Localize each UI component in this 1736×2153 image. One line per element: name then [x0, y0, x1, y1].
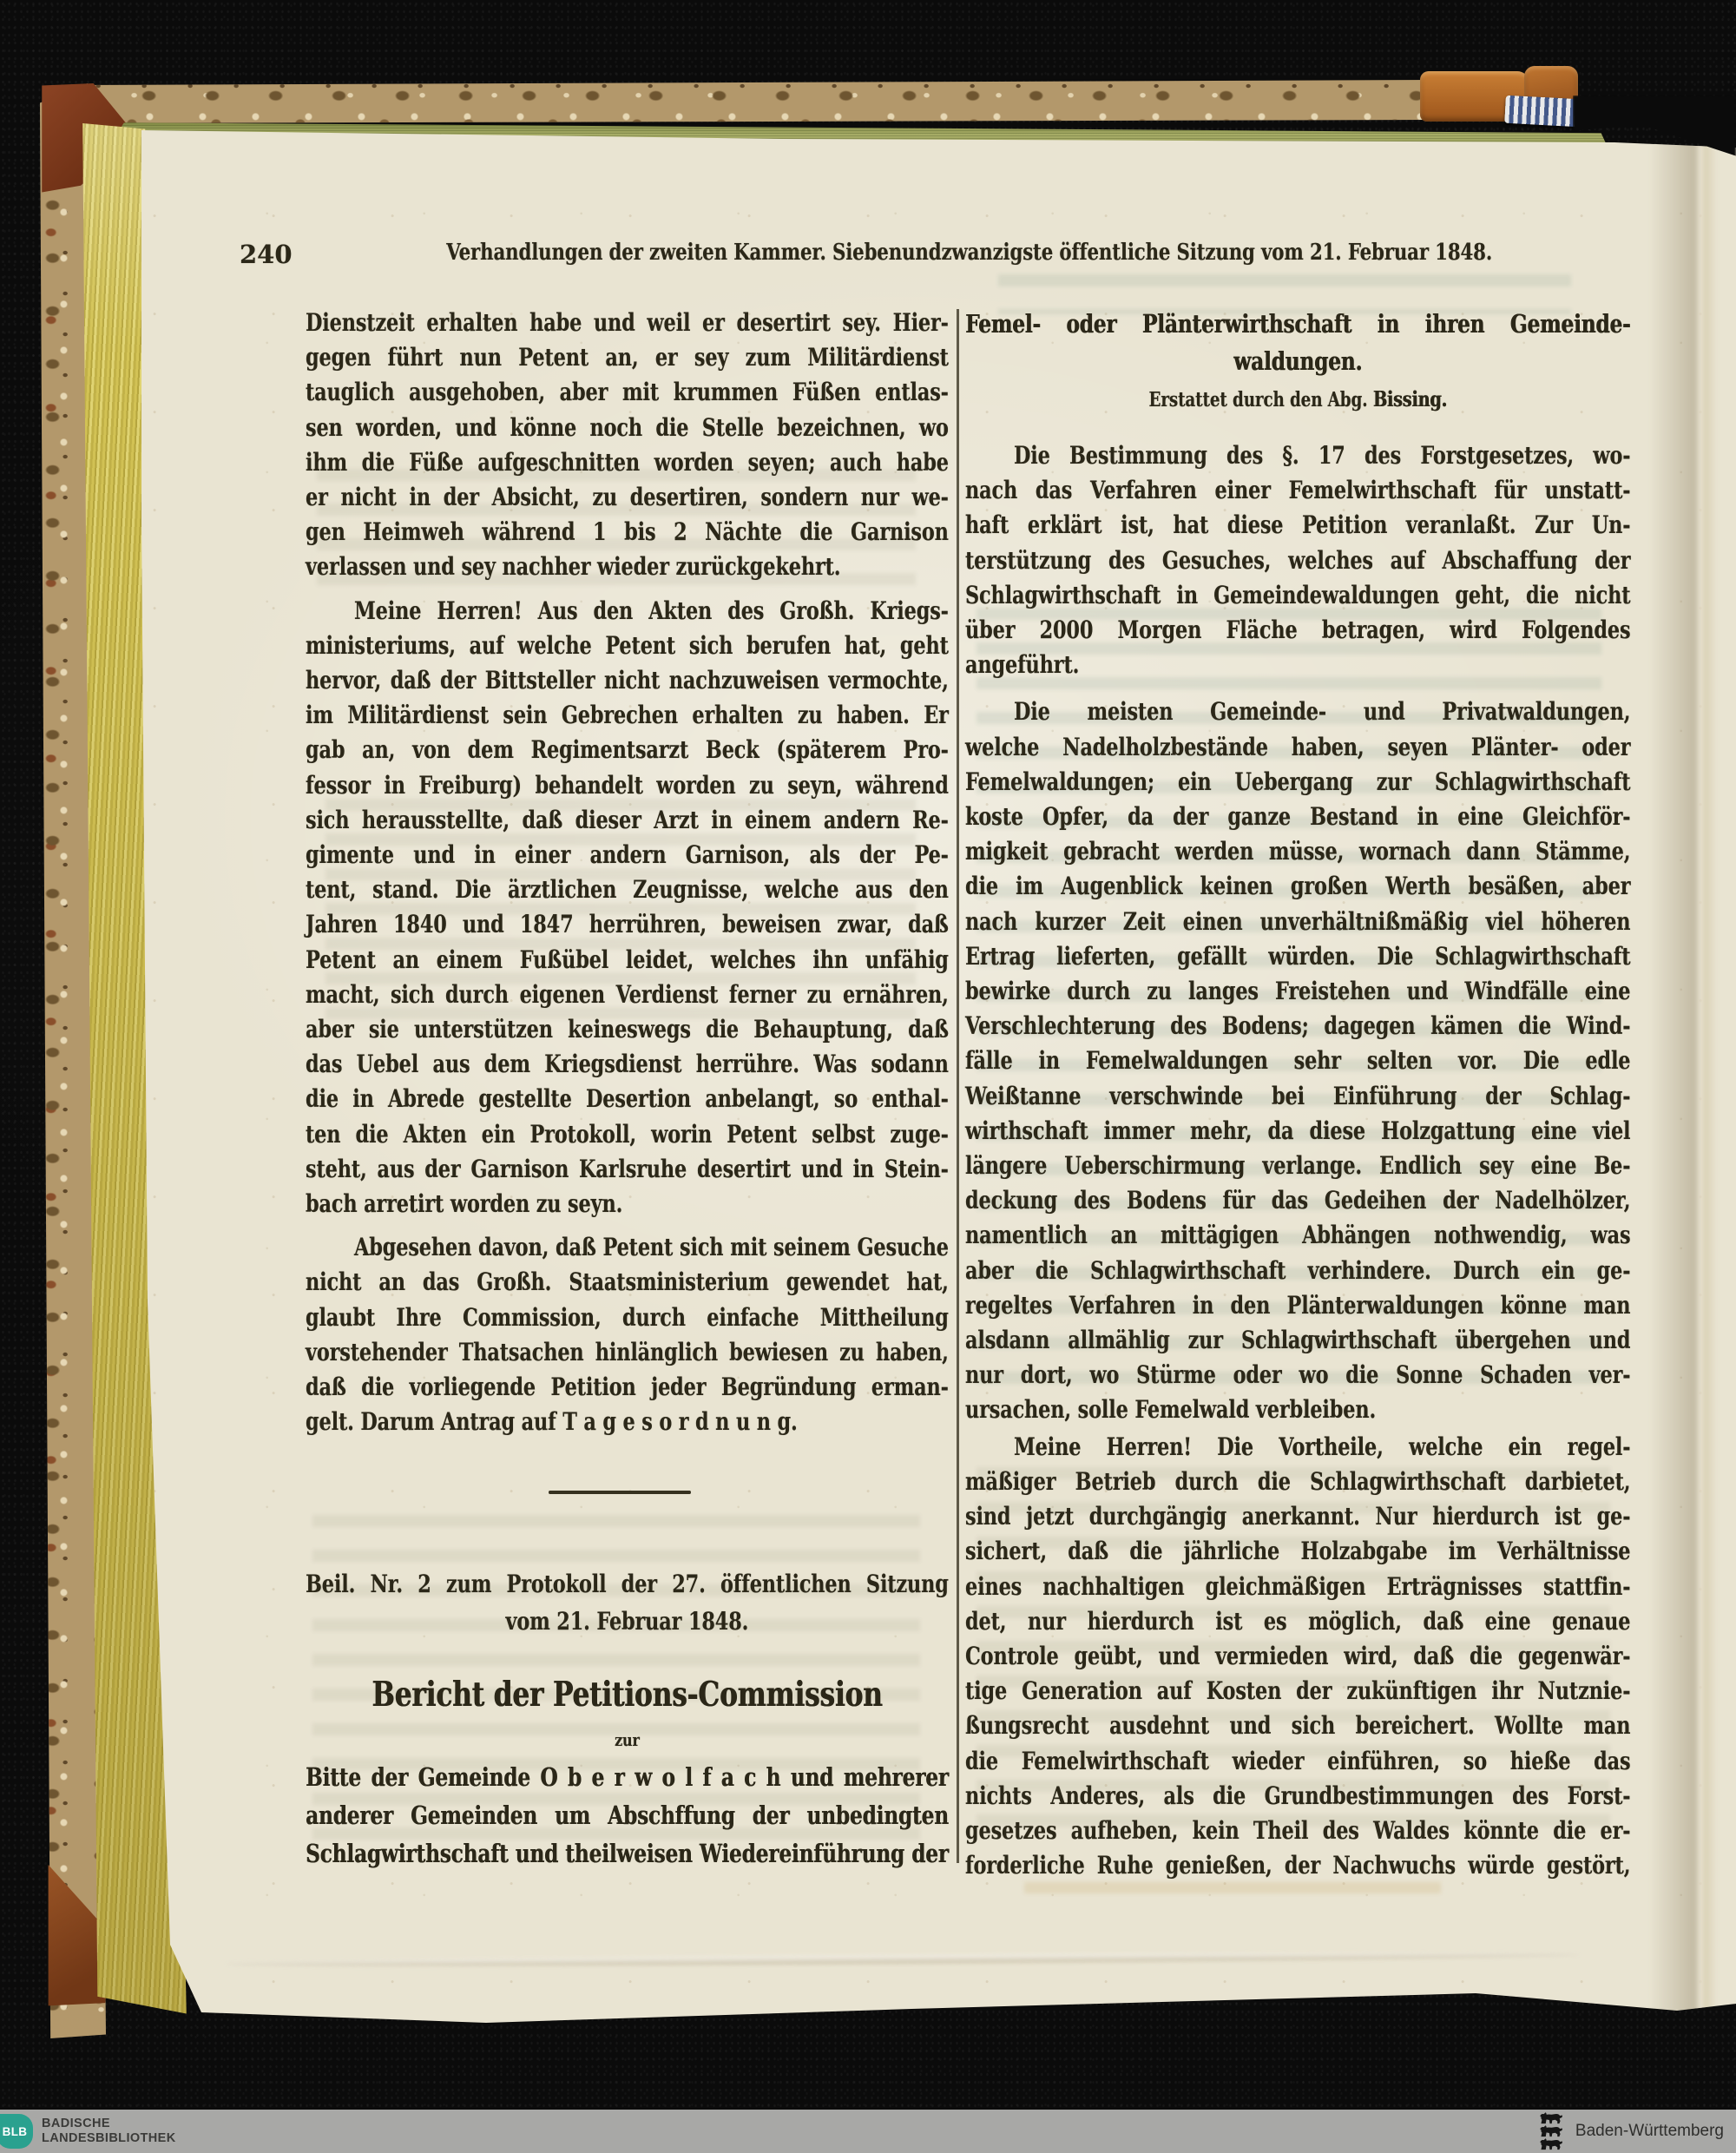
text-line: ursachen, solle Femelwald verbleiben. [965, 1393, 1630, 1427]
text-line: Abgesehen davon, daß Petent sich mit sei… [306, 1230, 949, 1265]
text-line: Schlagwirthschaft in Gemeindewaldungen g… [965, 578, 1630, 613]
text-line: gimente und in einer andern Garnison, al… [306, 838, 949, 872]
book-cover-marbled-top [73, 80, 1432, 123]
text-line: wirthschaft immer mehr, da diese Holzgat… [965, 1114, 1630, 1149]
text-line: über 2000 Morgen Fläche betragen, wird F… [965, 613, 1630, 648]
text-line: er nicht in der Absicht, zu desertiren, … [306, 480, 949, 515]
text-line: Verschlechterung des Bodens; dagegen käm… [965, 1009, 1630, 1044]
text-line: mäßiger Betrieb durch die Schlagwirthsch… [965, 1465, 1630, 1499]
text-line: Femel- oder Plänterwirthschaft in ihren … [965, 306, 1630, 343]
text-line: Jahren 1840 und 1847 herrühren, beweisen… [306, 907, 949, 942]
text-line: haft erklärt ist, hat diese Petition ver… [965, 508, 1630, 543]
text-block: Meine Herren! Die Vortheile, welche ein … [965, 1430, 1630, 1884]
page-number: 240 [240, 240, 293, 269]
library-name: BADISCHE LANDESBIBLIOTHEK [42, 2117, 176, 2146]
lion-passant-icon [1537, 2138, 1565, 2150]
text-line: steht, aus der Garnison Karlsruhe desert… [306, 1152, 949, 1187]
lion-passant-icon [1537, 2112, 1565, 2124]
text-line: Schlagwirthschaft und theilweisen Wieder… [306, 1834, 949, 1873]
text-line: Femelwaldungen; ein Uebergang zur Schlag… [965, 765, 1630, 800]
right-column: Femel- oder Plänterwirthschaft in ihren … [965, 306, 1630, 1883]
text-line: vom 21. Februar 1848. [306, 1602, 949, 1642]
text-block: Bitte der Gemeinde O b e r w o l f a c h… [306, 1758, 949, 1873]
text-block: Dienstzeit erhalten habe und weil er des… [306, 306, 949, 585]
text-line: vorstehender Thatsachen hinlänglich bewi… [306, 1335, 949, 1370]
text-line: die Femelwirthschaft wieder einführen, s… [965, 1744, 1630, 1779]
text-block: zur [306, 1727, 949, 1753]
text-block: Bericht der Petitions-Commission [306, 1673, 949, 1716]
text-line: macht, sich durch eigenen Verdienst fern… [306, 978, 949, 1012]
text-line: namentlich an mittägigen Abhängen nothwe… [965, 1218, 1630, 1253]
text-line: eines nachhaltigen gleichmäßigen Erträgn… [965, 1570, 1630, 1604]
left-column: Dienstzeit erhalten habe und weil er des… [306, 306, 949, 1873]
text-line: gesetzes aufheben, kein Theil des Waldes… [965, 1814, 1630, 1848]
text-line: forderliche Ruhe genießen, der Nachwuchs… [965, 1848, 1630, 1883]
text-line: Die Bestimmung des §. 17 des Forstgesetz… [965, 438, 1630, 473]
text-line: nichts Anderes, als die Grundbestimmunge… [965, 1779, 1630, 1814]
text-line: nach das Verfahren einer Femelwirthschaf… [965, 473, 1630, 508]
state-logo: Baden-Württemberg [1537, 2112, 1724, 2150]
text-line: anderer Gemeinden um Abschffung der unbe… [306, 1796, 949, 1834]
blb-logo-icon: BLB [0, 2114, 33, 2149]
text-line: det, nur hierdurch ist es möglich, daß e… [965, 1604, 1630, 1639]
text-line: alsdann allmählig zur Schlagwirthschaft … [965, 1323, 1630, 1358]
text-line: ihm die Füße aufgeschnitten worden seyen… [306, 445, 949, 480]
text-line: die im Augenblick keinen großen Werth be… [965, 869, 1630, 904]
text-line: fälle in Femelwaldungen sehr selten vor.… [965, 1044, 1630, 1078]
page-gutter-shadow [1649, 130, 1736, 2014]
text-line: deckung des Bodens für das Gedeihen der … [965, 1183, 1630, 1218]
text-line: Meine Herren! Aus den Akten des Großh. K… [306, 594, 949, 629]
library-name-line2: LANDESBIBLIOTHEK [42, 2131, 176, 2146]
text-line: längere Ueberschirmung verlange. Endlich… [965, 1149, 1630, 1183]
text-line: sichert, daß die jährliche Holzabgabe im… [965, 1534, 1630, 1569]
text-line: Weißtanne verschwinde bei Einführung der… [965, 1079, 1630, 1114]
text-block: Meine Herren! Aus den Akten des Großh. K… [306, 594, 949, 1222]
text-line: daß die vorliegende Petition jeder Begrü… [306, 1370, 949, 1405]
text-block: vom 21. Februar 1848. [306, 1602, 949, 1642]
page-crease [226, 1951, 1580, 1969]
text-line: nach kurzer Zeit einen unverhältnißmäßig… [965, 905, 1630, 939]
baden-wuerttemberg-lions-icon [1537, 2112, 1565, 2150]
scan-background: 240 Verhandlungen der zweiten Kammer. Si… [0, 0, 1736, 2153]
text-line: gab an, von dem Regimentsarzt Beck (spät… [306, 733, 949, 767]
text-line: Dienstzeit erhalten habe und weil er des… [306, 306, 949, 340]
show-through [1024, 1882, 1441, 1906]
text-line: tauglich ausgehoben, aber mit krummen Fü… [306, 375, 949, 410]
text-block: Abgesehen davon, daß Petent sich mit sei… [306, 1230, 949, 1439]
text-line: ten die Akten ein Protokoll, worin Peten… [306, 1117, 949, 1152]
text-line: im Militärdienst sein Gebrechen erhalten… [306, 698, 949, 733]
text-line: welche Nadelholzbestände haben, seyen Pl… [965, 730, 1630, 765]
library-logo: BLB BADISCHE LANDESBIBLIOTHEK [0, 2110, 176, 2153]
text-line: ßungsrecht ausdehnt und sich bereichert.… [965, 1709, 1630, 1743]
report-credit-line: Erstattet durch den Abg. Bissing. [965, 384, 1630, 416]
text-line: gegen führt nun Petent an, er sey zum Mi… [306, 340, 949, 375]
column-divider [957, 309, 959, 1863]
text-line: angeführt. [965, 648, 1630, 682]
text-line: migkeit gebracht werden müsse, wornach d… [965, 834, 1630, 869]
text-line: ministeriums, auf welche Petent sich ber… [306, 629, 949, 663]
text-line: die in Abrede gestellte Desertion anbela… [306, 1082, 949, 1116]
text-line: Meine Herren! Die Vortheile, welche ein … [965, 1430, 1630, 1465]
library-name-line1: BADISCHE [42, 2117, 176, 2131]
blb-logo-abbr: BLB [3, 2125, 28, 2138]
running-head: Verhandlungen der zweiten Kammer. Sieben… [306, 240, 1634, 266]
text-line: Ertrag lieferten, gefällt würden. Die Sc… [965, 939, 1630, 974]
text-line: gelt. Darum Antrag auf T a g e s o r d n… [306, 1405, 949, 1439]
text-line: tige Generation auf Kosten der zukünftig… [965, 1674, 1630, 1709]
book-endband [1504, 95, 1581, 127]
running-title: Verhandlungen der zweiten Kammer. Sieben… [447, 240, 1493, 266]
text-line: zur [306, 1727, 949, 1753]
text-line: das Uebel aus dem Kriegsdienst herrühre.… [306, 1047, 949, 1082]
text-line: Controle geübt, und vermieden wird, daß … [965, 1639, 1630, 1674]
viewer-footer-bar: BLB BADISCHE LANDESBIBLIOTHEK Baden-Würt… [0, 2110, 1736, 2153]
text-line: Beil. Nr. 2 zum Protokoll der 27. öffent… [306, 1567, 949, 1602]
text-block: waldungen. [965, 343, 1630, 380]
lion-passant-icon [1537, 2125, 1565, 2137]
text-line: gen Heimweh während 1 bis 2 Nächte die G… [306, 515, 949, 550]
text-line: nur dort, wo Stürme oder wo die Sonne Sc… [965, 1358, 1630, 1393]
text-line: fessor in Freiburg) behandelt worden zu … [306, 768, 949, 803]
text-line: bewirke durch zu langes Freistehen und W… [965, 974, 1630, 1009]
text-line: sind jetzt durchgängig anerkannt. Nur hi… [965, 1499, 1630, 1534]
text-line: aber die Schlagwirthschaft verhindere. D… [965, 1254, 1630, 1288]
text-line: glaubt Ihre Commission, durch einfache M… [306, 1300, 949, 1335]
text-block: Femel- oder Plänterwirthschaft in ihren … [965, 306, 1630, 343]
separator-rule [549, 1491, 691, 1494]
text-line: verlassen und sey nachher wieder zurückg… [306, 550, 949, 584]
text-line: bach arretirt worden zu seyn. [306, 1187, 949, 1221]
text-line: aber sie unterstützen keineswegs die Beh… [306, 1012, 949, 1047]
text-block: Die Bestimmung des §. 17 des Forstgesetz… [965, 438, 1630, 682]
text-line: sich herausstellte, daß dieser Arzt in e… [306, 803, 949, 838]
text-block: Beil. Nr. 2 zum Protokoll der 27. öffent… [306, 1567, 949, 1602]
text-line: nicht an das Großh. Staatsministerium ge… [306, 1265, 949, 1300]
text-line: waldungen. [965, 343, 1630, 380]
text-line: regeltes Verfahren in den Plänterwaldung… [965, 1288, 1630, 1323]
text-line: Bitte der Gemeinde O b e r w o l f a c h… [306, 1758, 949, 1796]
text-line: koste Opfer, da der ganze Bestand in ein… [965, 800, 1630, 834]
state-name: Baden-Württemberg [1575, 2122, 1724, 2141]
text-line: tent, stand. Die ärztlichen Zeugnisse, w… [306, 872, 949, 907]
text-line: Die meisten Gemeinde- und Privatwaldunge… [965, 695, 1630, 729]
text-line: hervor, daß der Bittsteller nicht nachzu… [306, 663, 949, 698]
text-block: Erstattet durch den Abg. Bissing. [965, 384, 1630, 416]
text-block: Die meisten Gemeinde- und Privatwaldunge… [965, 695, 1630, 1427]
book-page: 240 Verhandlungen der zweiten Kammer. Si… [0, 0, 1736, 2153]
text-line: Petent an einem Fußübel leidet, welches … [306, 943, 949, 978]
text-line: sen worden, und könne noch die Stelle be… [306, 411, 949, 445]
text-line: terstützung des Gesuches, welches auf Ab… [965, 543, 1630, 578]
text-line: Bericht der Petitions-Commission [306, 1673, 949, 1716]
